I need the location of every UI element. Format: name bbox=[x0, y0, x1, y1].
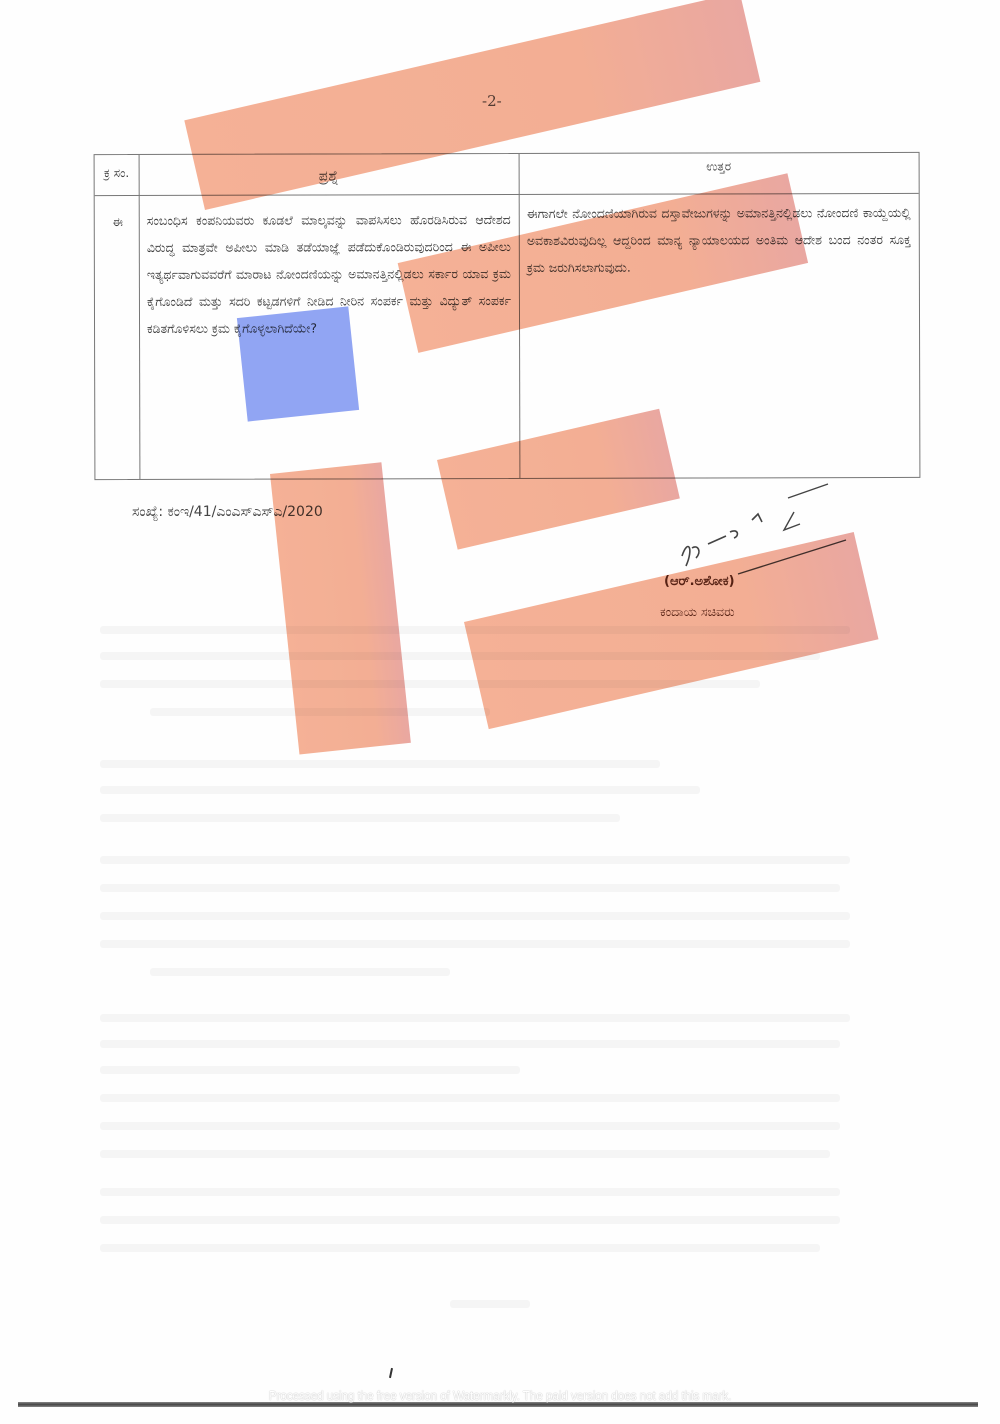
serial-header: ಕ್ರ ಸಂ. bbox=[95, 163, 139, 183]
scan-mark bbox=[389, 1368, 393, 1378]
row-serial: ಈ bbox=[101, 209, 135, 236]
answer-header: ಉತ್ತರ bbox=[519, 159, 919, 175]
column-divider bbox=[139, 155, 141, 479]
highlight-box-blue bbox=[237, 306, 359, 421]
watermark-text: Processed using the free version of Wate… bbox=[40, 1388, 960, 1403]
